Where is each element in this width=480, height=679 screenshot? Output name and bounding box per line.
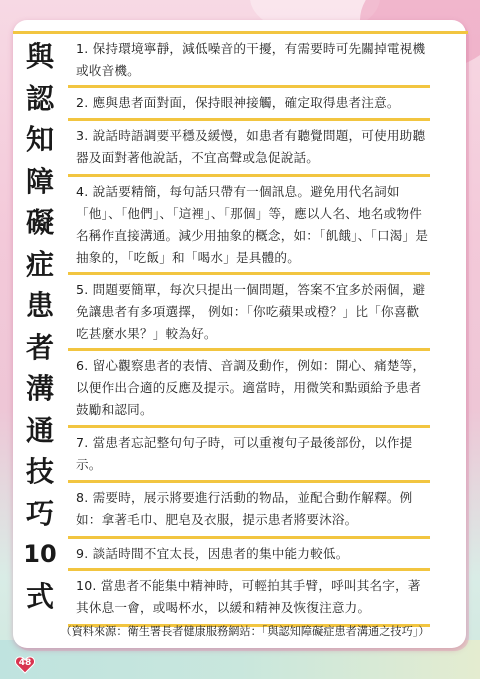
title-char: 認 — [26, 78, 54, 120]
page-number-badge: 48 — [15, 656, 35, 674]
tip-item: 7. 當患者忘記整句句子時，可以重複句子最後部份，以作提示。 — [68, 428, 430, 483]
tip-item: 8. 需要時，展示將要進行活動的物品，並配合動作解釋。例如：拿著毛巾、肥皂及衣服… — [68, 483, 430, 539]
tip-item: 3. 說話時語調要平穩及緩慢，如患者有聽覺問題，可使用助聽器及面對著他說話，不宜… — [68, 121, 430, 177]
title-char: 式 — [26, 576, 54, 618]
title-char: 礙 — [26, 202, 54, 244]
source-citation: （資料來源：衛生署長者健康服務網站：「與認知障礙症患者溝通之技巧」） — [30, 623, 460, 639]
tip-item: 5. 問題要簡單，每次只提出一個問題，答案不宜多於兩個，避免讓患者有多項選擇， … — [68, 275, 430, 351]
title-char: 者 — [26, 327, 54, 369]
tip-item: 10. 當患者不能集中精神時，可輕拍其手臂，呼叫其名字，著其休息一會，或喝杯水，… — [68, 571, 430, 627]
title-char: 通 — [26, 410, 54, 452]
title-char: 技 — [26, 451, 54, 493]
title-char: 與 — [26, 36, 54, 78]
title-char: 溝 — [26, 368, 54, 410]
vertical-title: 與認知障礙症患者溝通技巧10式 — [14, 36, 66, 617]
page-number: 48 — [15, 658, 35, 668]
tips-list: 1. 保持環境寧靜，減低噪音的干擾，有需要時可先關掉電視機或收音機。2. 應與患… — [68, 34, 430, 627]
title-char: 10 — [23, 534, 56, 576]
title-char: 症 — [26, 244, 54, 286]
tip-item: 9. 談話時間不宜太長，因患者的集中能力較低。 — [68, 539, 430, 571]
title-char: 知 — [26, 119, 54, 161]
tip-item: 1. 保持環境寧靜，減低噪音的干擾，有需要時可先關掉電視機或收音機。 — [68, 34, 430, 88]
title-char: 障 — [26, 161, 54, 203]
title-char: 巧 — [26, 493, 54, 535]
tip-item: 6. 留心觀察患者的表情、音調及動作，例如：開心、痛楚等，以便作出合適的反應及提… — [68, 351, 430, 428]
tip-item: 2. 應與患者面對面，保持眼神接觸，確定取得患者注意。 — [68, 88, 430, 121]
title-char: 患 — [26, 285, 54, 327]
tip-item: 4. 說話要精簡，每句話只帶有一個訊息。避免用代名詞如「他」、「他們」、「這裡」… — [68, 177, 430, 275]
